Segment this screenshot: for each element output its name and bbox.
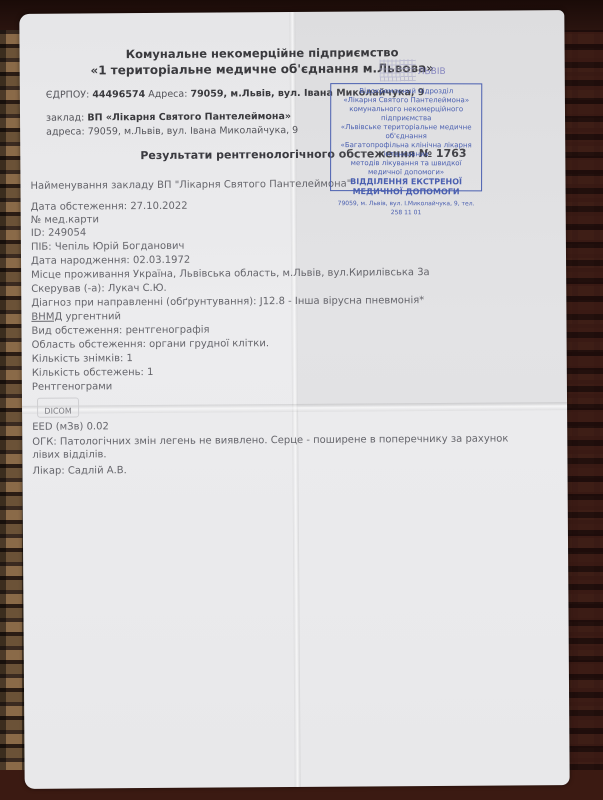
stamp-line: «Багатопрофільна клінічна лікарня інтенс…: [331, 141, 481, 159]
stamp-line: Відокремлений підрозділ: [331, 87, 481, 96]
stamp-dept-line2: МЕДИЧНОЇ ДОПОМОГИ: [331, 187, 481, 197]
address-label: Адреса:: [148, 89, 187, 100]
field-row: Вид обстеження: рентгенографія: [31, 325, 209, 337]
stamp-line: методів лікування та швидкої: [331, 159, 481, 168]
field-row: № мед.карти: [31, 214, 99, 225]
field-row: Область обстеження: органи грудної клітк…: [32, 338, 269, 351]
eed-value: 0.02: [87, 421, 109, 432]
facility-label: заклад:: [46, 112, 84, 123]
field-row: Дата народження: 02.03.1972: [31, 255, 190, 267]
field-label: Рентгенограми: [32, 381, 112, 393]
field-label: Кількість знімків:: [32, 353, 124, 365]
field-value: ВП "Лікарня Святого Пантелеймона": [157, 179, 351, 191]
field-label: Кількість обстежень:: [32, 367, 144, 379]
field-value: рентгенографія: [126, 325, 210, 337]
field-value: Україна, Львівська область, м.Львів, вул…: [133, 267, 430, 280]
field-row: Кількість обстежень: 1: [32, 367, 154, 379]
field-row: ПІБ: Чепіль Юрій Богданович: [31, 241, 185, 253]
field-label: ВНМД: [31, 312, 62, 323]
field-label: Вид обстеження:: [31, 325, 122, 337]
field-label: ID:: [31, 228, 45, 239]
field-label: Область обстеження:: [32, 339, 146, 351]
stamp-footer: 79059, м. Львів, вул. І.Миколайчука, 9, …: [331, 199, 481, 217]
field-value: Чепіль Юрій Богданович: [55, 241, 185, 253]
stamp-line: «Лікарня Святого Пантелеймона»: [331, 96, 481, 105]
edrpou-label: ЄДРПОУ:: [46, 89, 89, 100]
field-label: ПІБ:: [31, 242, 52, 253]
field-row: ID: 249054: [31, 227, 86, 238]
doctor-value: Садлій А.В.: [68, 465, 127, 476]
field-label: Місце проживання: [31, 269, 130, 281]
field-value: 1: [127, 353, 133, 364]
lviv-logo: ЛЬВІВ: [380, 59, 470, 84]
hospital-stamp: Відокремлений підрозділ«Лікарня Святого …: [330, 83, 482, 191]
field-value: 249054: [48, 227, 86, 238]
field-label: Скерував (-а):: [31, 283, 105, 295]
field-value: 02.03.1972: [133, 255, 190, 266]
conclusion: ОГК: Патологічних змін легень не виявлен…: [32, 432, 532, 461]
field-label: Найменування закладу: [30, 180, 154, 192]
logo-grid-icon: [380, 59, 416, 81]
edrpou-value: 44496574: [92, 89, 145, 100]
dicom-icon[interactable]: DICOM: [37, 398, 79, 418]
field-label: № мед.карти: [31, 214, 99, 225]
medical-document: Комунальне некомерційне підприємство «1 …: [19, 10, 569, 789]
facility-address-value: 79059, м.Львів, вул. Івана Миколайчука, …: [88, 125, 299, 137]
facility-address-label: адреса:: [46, 126, 85, 137]
field-row: Дата обстеження: 27.10.2022: [31, 201, 188, 213]
field-row: Найменування закладу ВП "Лікарня Святого…: [30, 179, 351, 192]
field-value: Лукач С.Ю.: [108, 283, 167, 294]
logo-text: ЛЬВІВ: [418, 67, 446, 77]
field-value: J12.8 - Інша вірусна пневмонія*: [260, 295, 425, 307]
field-row: Рентгенограми: [32, 381, 112, 393]
field-row: Кількість знімків: 1: [32, 353, 133, 365]
doctor-line: Лікар: Садлій А.В.: [32, 465, 126, 477]
stamp-lines: Відокремлений підрозділ«Лікарня Святого …: [331, 87, 481, 177]
field-label: Дата народження:: [31, 255, 130, 267]
field-value: 1: [147, 367, 153, 378]
stamp-line: «Львівське територіальне медичне об'єдна…: [331, 123, 481, 141]
field-value: органи грудної клітки.: [149, 338, 269, 350]
facility-value: ВП «Лікарня Святого Пантелеймона»: [87, 111, 291, 123]
field-value: 27.10.2022: [130, 201, 187, 212]
eed-label: EED (мЗв): [32, 421, 83, 432]
stamp-line: медичної допомоги»: [331, 168, 481, 177]
doctor-label: Лікар:: [32, 466, 64, 477]
dicom-label: DICOM: [44, 407, 71, 416]
facility-line: заклад: ВП «Лікарня Святого Пантелеймона…: [46, 111, 291, 124]
field-label: Дата обстеження:: [31, 201, 128, 213]
stamp-line: комунального некомерційного підприємства: [331, 105, 481, 123]
field-label: Діагноз при направленні (обґрунтування):: [31, 296, 256, 309]
field-value: ургентний: [65, 311, 121, 322]
stamp-dept-line1: ВІДДІЛЕННЯ ЕКСТРЕНОЇ: [331, 177, 481, 187]
facility-address-line: адреса: 79059, м.Львів, вул. Івана Микол…: [46, 125, 298, 138]
eed-line: EED (мЗв) 0.02: [32, 421, 109, 433]
field-row: ВНМД ургентний: [31, 311, 121, 323]
field-row: Скерував (-а): Лукач С.Ю.: [31, 283, 167, 295]
